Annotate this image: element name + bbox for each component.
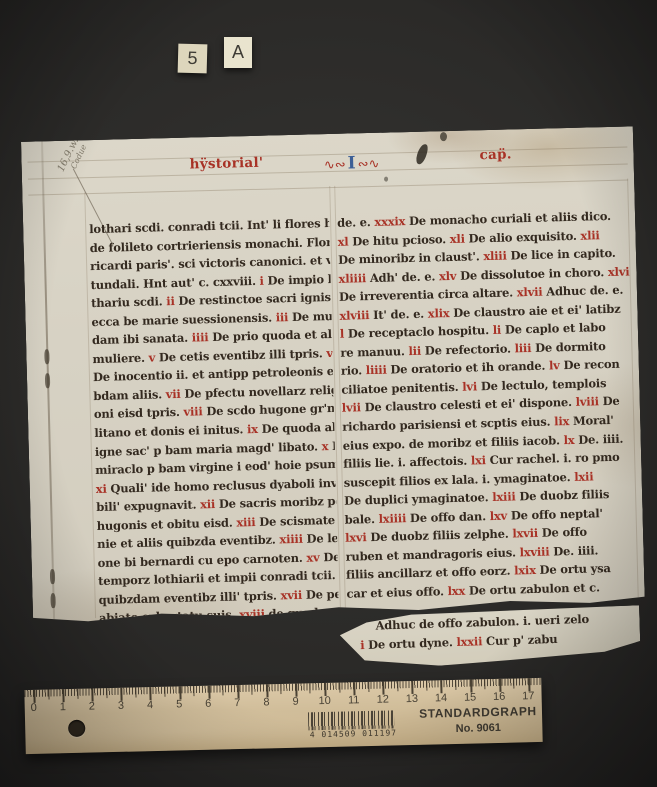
ink-text: de quada bbox=[265, 606, 326, 622]
ink-text: De pfectu novellarz religi bbox=[180, 383, 333, 401]
ink-smudge bbox=[440, 132, 447, 141]
ruler-half-cm-tick bbox=[164, 687, 165, 697]
manuscript-left-column: lothari scdi. conradi tcii. Int' li flor… bbox=[89, 214, 339, 628]
torn-fragment: Adhuc de offo zabulon. i. ueri zelo i De… bbox=[339, 605, 641, 668]
ink-text: De cetis eventibz illi tpris. bbox=[155, 346, 327, 364]
chapter-initial: I bbox=[345, 153, 357, 173]
ink-text: dam ibi sanata. bbox=[92, 331, 192, 348]
ink-text: De duobz filiis zelphe. bbox=[366, 527, 512, 545]
ruler-cm-number: 8 bbox=[256, 696, 276, 708]
ink-text: tundali. Hnt aut' c. cxxviii. bbox=[90, 273, 259, 291]
rubric-numeral: lxvi bbox=[345, 531, 367, 546]
ornament-flourish: ∾∿ bbox=[357, 157, 379, 173]
ruler-cm-number: 6 bbox=[198, 698, 218, 710]
rubric-numeral: xxxix bbox=[374, 214, 405, 229]
rubric-numeral: xli bbox=[450, 231, 465, 245]
ruler-half-cm-tick bbox=[513, 679, 514, 689]
ink-text: Adh' de. e. bbox=[366, 269, 439, 285]
ruler-cm-number: 17 bbox=[518, 690, 538, 702]
ruler-cm-number: 14 bbox=[431, 692, 451, 704]
rubric-numeral: xlviii bbox=[339, 308, 369, 323]
ink-text: De muliere q bbox=[288, 308, 332, 324]
ink-text: De offo bbox=[538, 525, 587, 540]
ink-text: ecca be marie suessionensis. bbox=[91, 310, 276, 329]
ink-text: De ortu ysa bbox=[536, 561, 611, 577]
stitch-hole bbox=[50, 569, 55, 584]
rubric-numeral: xliii bbox=[483, 249, 507, 264]
ink-text: filiis ancillarz et offo eorz. bbox=[346, 564, 514, 582]
rubric-numeral: xl bbox=[337, 234, 348, 248]
ruling-line bbox=[28, 179, 628, 195]
rubric-numeral: xliiii bbox=[338, 271, 366, 286]
ruler-half-cm-tick bbox=[77, 689, 78, 699]
ink-smudge bbox=[384, 177, 388, 182]
ink-text: De caplo et labo bbox=[501, 320, 606, 337]
photo-background: 5 A 16,9.w.629 Codue hÿstorial' ∿∾I∾∿ bbox=[0, 0, 657, 787]
ink-text: Adhuc de offo zabulon. i. ueri zelo bbox=[375, 612, 589, 633]
rubric-numeral: xi bbox=[96, 481, 107, 495]
rubric-numeral: vii bbox=[166, 387, 181, 401]
marginal-shelfmark: 16,9.w.629 Codue bbox=[56, 119, 98, 177]
ink-text: De hitu pcioso. bbox=[348, 232, 450, 249]
rubric-numeral: lv bbox=[549, 359, 560, 373]
rubric-numeral: xlii bbox=[580, 228, 600, 242]
ink-text: De ortu zabulon et c. bbox=[465, 580, 600, 597]
ruler-half-cm-tick bbox=[281, 684, 282, 694]
ruler-cm-number: 16 bbox=[489, 691, 509, 703]
rubric-numeral: lxv bbox=[490, 508, 508, 522]
ink-text: De legati bbox=[303, 531, 338, 547]
stitch-hole bbox=[44, 349, 49, 364]
barcode-digits: 4 014509 011197 bbox=[301, 728, 405, 739]
rubric-numeral: lxviii bbox=[519, 544, 549, 559]
ink-text: re manuu. bbox=[340, 344, 408, 360]
ink-text: De offo dan. bbox=[406, 509, 490, 525]
ink-text: De receptaclo hospitu. bbox=[344, 323, 493, 341]
ruler-half-cm-tick bbox=[106, 688, 107, 698]
rubric-numeral: lxii bbox=[574, 469, 594, 483]
ink-text: richardo parisiensi et scptis eius. bbox=[342, 414, 554, 433]
ink-text: bale. bbox=[344, 512, 378, 527]
ruler-half-cm-tick bbox=[135, 687, 136, 697]
ink-text: De quoda ab bbox=[258, 420, 335, 436]
ink-text: De fine bbox=[319, 549, 337, 564]
rubric-numeral: lxiiii bbox=[378, 511, 406, 526]
sample-number-tile: 5 bbox=[178, 44, 208, 74]
ink-text: Cur p' zabu bbox=[482, 632, 558, 648]
ruler: 01234567891011121314151617 4 014509 0111… bbox=[24, 678, 542, 754]
ink-text: De scismate aq'ta bbox=[255, 512, 337, 529]
ruler-half-cm-tick bbox=[222, 685, 223, 695]
rubric-numeral: lxi bbox=[471, 453, 486, 467]
rubric-numeral: ii bbox=[166, 294, 175, 308]
ink-text: ciliatoe penitentis. bbox=[341, 380, 462, 397]
ruler-half-cm-tick bbox=[455, 680, 456, 690]
ink-text: de. e. bbox=[337, 215, 375, 230]
manuscript-page: 16,9.w.629 Codue hÿstorial' ∿∾I∾∿ cap̈. … bbox=[21, 126, 645, 623]
ruler-half-cm-tick bbox=[193, 686, 194, 696]
ink-text: De bbox=[328, 438, 335, 453]
ink-text: De oratorio et ih orande. bbox=[386, 359, 549, 377]
ruler-half-cm-tick bbox=[368, 682, 369, 692]
rubric-numeral: xlvi bbox=[608, 264, 630, 279]
ink-text: De irreverentia circa altare. bbox=[339, 286, 517, 304]
rubric-numeral: iii bbox=[276, 310, 289, 324]
tile-a-label: A bbox=[232, 42, 244, 63]
rubric-numeral: lii bbox=[408, 344, 421, 358]
ruler-half-cm-tick bbox=[252, 685, 253, 695]
rubric-numeral: xlvii bbox=[517, 285, 543, 300]
ruler-half-cm-tick bbox=[484, 679, 485, 689]
rubric-numeral: xviii bbox=[239, 607, 265, 622]
ruler-half-cm-tick bbox=[310, 683, 311, 693]
ink-text: It' de. e. bbox=[369, 306, 428, 321]
rubric-numeral: xlix bbox=[428, 306, 450, 321]
rubric-numeral: lx bbox=[563, 432, 574, 446]
ink-text: De alio exquisito. bbox=[465, 228, 581, 245]
ruler-half-cm-tick bbox=[48, 690, 49, 700]
ruler-cm-number: 10 bbox=[315, 695, 335, 707]
rubric-numeral: lix bbox=[554, 414, 569, 428]
ink-text: De impio lo bbox=[264, 271, 331, 287]
ruler-cm-number: 11 bbox=[344, 694, 364, 706]
manuscript-right-column: de. e. xxxix De monacho curiali et aliis… bbox=[337, 206, 640, 603]
ink-text: De offo neptal' bbox=[507, 506, 603, 522]
ink-text: Adhuc de. e. bbox=[542, 283, 623, 299]
fragment-line: Adhuc de offo zabulon. i. ueri zelo bbox=[375, 612, 589, 633]
ruler-cm-number: 7 bbox=[227, 697, 247, 709]
ink-text: De lectulo, templois bbox=[477, 376, 607, 393]
rubric-numeral: lxvii bbox=[512, 526, 538, 541]
rubric-numeral: liiii bbox=[366, 363, 387, 378]
rubric-numeral: xv bbox=[306, 550, 319, 564]
ornament-flourish: ∿∾ bbox=[324, 158, 346, 174]
ink-text: De recon bbox=[560, 357, 620, 373]
rubric-numeral: lxiii bbox=[492, 490, 516, 505]
ruler-cm-number: 1 bbox=[53, 701, 73, 713]
ink-text: De refectorio. bbox=[421, 341, 515, 357]
ink-text: De. iiii. bbox=[574, 431, 623, 446]
barcode bbox=[308, 710, 394, 730]
ink-smudge bbox=[415, 143, 430, 166]
ruler-model: No. 9061 bbox=[413, 721, 543, 736]
ruler-half-cm-tick bbox=[397, 681, 398, 691]
ruler-cm-number: 5 bbox=[169, 698, 189, 710]
ruler-cm-number: 9 bbox=[285, 695, 305, 707]
ink-text: bili' expugnavit. bbox=[96, 498, 200, 515]
ink-text: car et eius offo. bbox=[346, 584, 447, 601]
ink-text: thariu scdi. bbox=[91, 294, 167, 310]
ink-text: Moral' bbox=[569, 413, 614, 428]
ink-text: De prio quoda et alia bbox=[208, 327, 332, 344]
ruler-cm-number: 3 bbox=[111, 700, 131, 712]
rubric-numeral: lvii bbox=[342, 401, 361, 415]
rubric-numeral: liii bbox=[514, 341, 531, 355]
rubric-numeral: xii bbox=[200, 497, 215, 511]
running-title-left: hÿstorial' bbox=[189, 155, 263, 173]
stitch-hole bbox=[45, 373, 50, 388]
ruler-half-cm-tick bbox=[426, 681, 427, 691]
ruler-brand: STANDARDGRAPH bbox=[413, 704, 543, 721]
ink-text: De sacris moribz pclai bbox=[215, 494, 337, 512]
running-title-right: cap̈. bbox=[479, 146, 512, 163]
ink-text: De claustro aie et ei' latibz bbox=[449, 301, 620, 319]
ink-text: De duobz filiis bbox=[515, 487, 609, 503]
ink-text: De dissolutoe in choro. bbox=[456, 265, 608, 283]
ink-text: quibzdam eventibz illi' tpris. bbox=[98, 588, 280, 607]
ink-text: De bbox=[599, 394, 620, 409]
tile-5-label: 5 bbox=[187, 48, 198, 69]
rubric-numeral: xiii bbox=[236, 515, 256, 529]
rubric-numeral: lxx bbox=[447, 584, 465, 598]
ruler-cm-number: 15 bbox=[460, 691, 480, 703]
fragment-line: i De ortu dyne. lxxii Cur p' zabu bbox=[360, 632, 558, 652]
rubric-numeral: vi bbox=[326, 346, 333, 360]
ruler-hanging-hole bbox=[68, 720, 85, 737]
ink-text: filiis lie. i. affectois. bbox=[343, 454, 471, 471]
ink-text: De duplici ymaginatoe. bbox=[344, 490, 492, 508]
ink-text: ruben et mandragoris eius. bbox=[345, 545, 519, 563]
ink-text: hugonis et obitu eisd. bbox=[97, 515, 237, 533]
ruler-cm-number: 13 bbox=[402, 693, 422, 705]
rubric-numeral: lviii bbox=[575, 395, 599, 410]
ruler-half-cm-tick bbox=[339, 683, 340, 693]
ink-text: De. iiii. bbox=[549, 543, 598, 558]
ink-text: Cur rachel. i. ro pmo bbox=[486, 450, 620, 467]
ink-text: De minoribz in claust'. bbox=[338, 249, 484, 267]
rubric-numeral: xiiii bbox=[279, 532, 303, 547]
ruler-cm-number: 4 bbox=[140, 699, 160, 711]
ruler-cm-number: 0 bbox=[24, 702, 44, 714]
ink-text: rio. bbox=[341, 364, 366, 379]
ink-text: oni eisd tpris. bbox=[94, 405, 184, 421]
rubric-numeral: xlv bbox=[439, 268, 457, 282]
ink-text: De monacho curiali et aliis dico. bbox=[405, 209, 611, 228]
stitch-hole bbox=[50, 593, 55, 608]
rubric-numeral: lvi bbox=[462, 379, 477, 393]
ink-text: De ortu dyne. bbox=[364, 635, 457, 652]
rubric-numeral: iiii bbox=[192, 330, 209, 344]
ruler-cm-number: 2 bbox=[82, 700, 102, 712]
ink-text: muliere. bbox=[92, 350, 149, 365]
rubric-numeral: xvii bbox=[280, 588, 302, 603]
rubric-numeral: viii bbox=[183, 405, 202, 419]
rubric-numeral: lxxii bbox=[456, 634, 482, 649]
ink-text: De scdo hugone gr'nopo bbox=[202, 401, 334, 419]
ink-text: bdam aliis. bbox=[93, 387, 166, 403]
ink-text: abiato exhortatu suis. bbox=[99, 608, 239, 626]
rubric-numeral: lxix bbox=[514, 563, 536, 578]
ink-text: De lice in capito. bbox=[506, 246, 615, 263]
ink-text: De restinctoe sacri ignis. in bbox=[174, 290, 331, 308]
ink-text: De dormito bbox=[531, 339, 606, 355]
ink-text: litano et donis ei initus. bbox=[94, 422, 247, 440]
ruler-cm-number: 12 bbox=[373, 693, 393, 705]
header-ornament: ∿∾I∾∿ bbox=[291, 152, 411, 175]
ink-text: nie et aliis quibzda eventibz. bbox=[97, 533, 280, 552]
ink-text: De petro bbox=[302, 586, 339, 601]
sample-letter-tile: A bbox=[224, 37, 252, 68]
